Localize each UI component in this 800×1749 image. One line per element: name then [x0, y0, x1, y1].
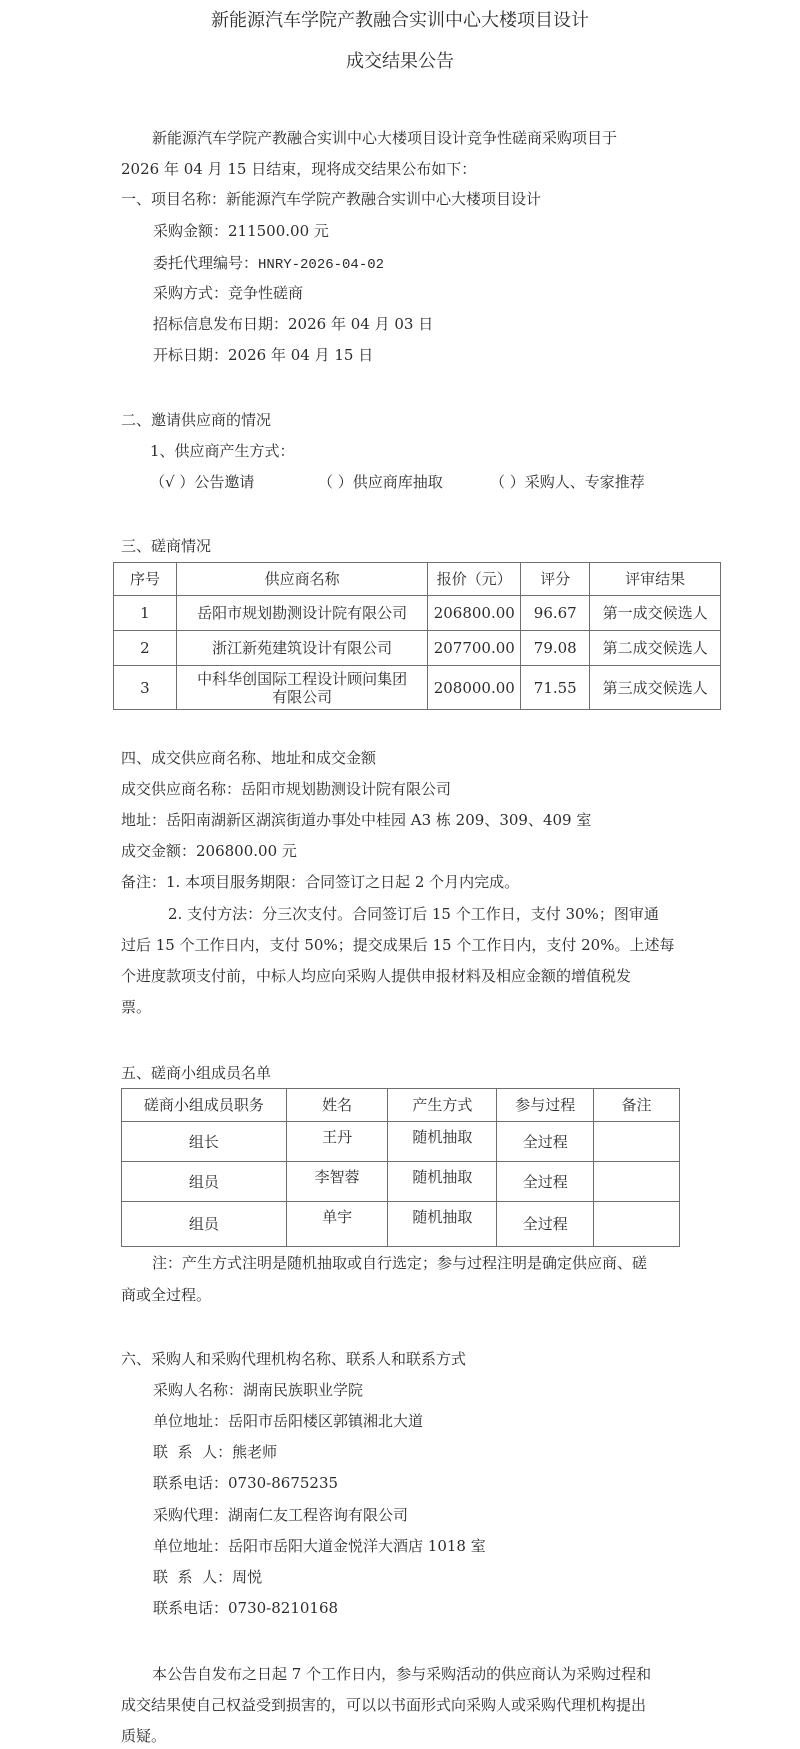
cell-result: 第三成交候选人 [590, 666, 721, 710]
table-row: 组员 李智蓉 随机抽取 全过程 [122, 1162, 680, 1202]
panel-members-table: 磋商小组成员职务 姓名 产生方式 参与过程 备注 组长 王丹 随机抽取 全过程 … [121, 1088, 680, 1247]
col-header: 产生方式 [388, 1089, 497, 1122]
cell-price: 206800.00 [428, 596, 521, 631]
procurement-method: 采购方式：竞争性磋商 [153, 283, 303, 303]
supplier-option-library: （ ）供应商库抽取 [318, 472, 443, 492]
cell-role: 组长 [122, 1122, 287, 1162]
checkbox-checked-icon: （√ ） [150, 473, 194, 491]
col-header: 评审结果 [590, 563, 721, 596]
agency-code-label: 委托代理编号： [153, 254, 258, 272]
open-date: 开标日期：2026 年 04 月 15 日 [153, 345, 373, 365]
cell-remark [594, 1122, 680, 1162]
remark-note2-line1: 2. 支付方法：分三次支付。合同签订后 15 个工作日，支付 30%；图审通 [168, 904, 659, 924]
intro-line2: 2026 年 04 月 15 日结束，现将成交结果公布如下： [121, 159, 476, 179]
winner-name: 成交供应商名称：岳阳市规划勘测设计院有限公司 [121, 779, 451, 799]
cell-method: 随机抽取 [388, 1122, 497, 1162]
cell-name: 李智蓉 [286, 1162, 388, 1202]
closing-line3: 质疑。 [121, 1726, 166, 1746]
section5-heading: 五、磋商小组成员名单 [121, 1063, 271, 1083]
cell-supplier: 中科华创国际工程设计顾问集团 有限公司 [176, 666, 427, 710]
section3-heading: 三、磋商情况 [121, 536, 211, 556]
purchaser-name: 采购人名称：湖南民族职业学院 [153, 1380, 363, 1400]
budget-amount: 采购金额：211500.00 元 [153, 221, 329, 241]
cell-supplier: 浙江新苑建筑设计有限公司 [176, 631, 427, 666]
agent-phone: 联系电话：0730-8210168 [153, 1598, 338, 1618]
section1-heading: 一、项目名称：新能源汽车学院产教融合实训中心大楼项目设计 [121, 189, 541, 209]
agency-code-value: HNRY-2026-04-02 [258, 257, 384, 273]
agency-code: 委托代理编号：HNRY-2026-04-02 [153, 253, 384, 275]
table-header-row: 磋商小组成员职务 姓名 产生方式 参与过程 备注 [122, 1089, 680, 1122]
cell-supplier: 岳阳市规划勘测设计院有限公司 [176, 596, 427, 631]
checkbox-empty-icon: （ ） [490, 473, 525, 491]
table-row: 组员 单宇 随机抽取 全过程 [122, 1202, 680, 1247]
agent-address: 单位地址：岳阳市岳阳大道金悦洋大酒店 1018 室 [153, 1536, 486, 1556]
cell-method: 随机抽取 [388, 1162, 497, 1202]
section4-heading: 四、成交供应商名称、地址和成交金额 [121, 748, 376, 768]
cell-name: 王丹 [286, 1122, 388, 1162]
remark-note1: 备注：1. 本项目服务期限：合同签订之日起 2 个月内完成。 [121, 872, 519, 892]
panel-footnote-line2: 商或全过程。 [121, 1285, 211, 1305]
cell-score: 79.08 [521, 631, 590, 666]
intro-line1: 新能源汽车学院产教融合实训中心大楼项目设计竞争性磋商采购项目于 [152, 128, 617, 148]
cell-remark [594, 1162, 680, 1202]
col-header: 评分 [521, 563, 590, 596]
supplier-option-recommend: （ ）采购人、专家推荐 [490, 472, 645, 492]
cell-result: 第二成交候选人 [590, 631, 721, 666]
col-header: 序号 [114, 563, 177, 596]
purchaser-phone: 联系电话：0730-8675235 [153, 1473, 338, 1493]
cell-no: 1 [114, 596, 177, 631]
document-title-line1: 新能源汽车学院产教融合实训中心大楼项目设计 [0, 6, 800, 32]
option-label: 供应商库抽取 [353, 473, 443, 491]
agent-contact: 联 系 人：周悦 [153, 1567, 262, 1587]
col-header: 参与过程 [497, 1089, 594, 1122]
table-row: 3 中科华创国际工程设计顾问集团 有限公司 208000.00 71.55 第三… [114, 666, 721, 710]
winner-address: 地址：岳阳南湖新区湖滨街道办事处中桂园 A3 栋 209、309、409 室 [121, 810, 591, 830]
cell-price: 207700.00 [428, 631, 521, 666]
remark-note2-line3: 个进度款项支付前，中标人均应向采购人提供申报材料及相应金额的增值税发 [121, 966, 631, 986]
remark-note2-line4: 票。 [121, 997, 151, 1017]
purchaser-address: 单位地址：岳阳市岳阳楼区郭镇湘北大道 [153, 1411, 423, 1431]
col-header: 供应商名称 [176, 563, 427, 596]
panel-footnote-line1: 注：产生方式注明是随机抽取或自行选定；参与过程注明是确定供应商、磋 [152, 1253, 647, 1273]
cell-score: 71.55 [521, 666, 590, 710]
cell-price: 208000.00 [428, 666, 521, 710]
section6-heading: 六、采购人和采购代理机构名称、联系人和联系方式 [121, 1349, 466, 1369]
cell-method: 随机抽取 [388, 1202, 497, 1247]
negotiation-table: 序号 供应商名称 报价（元） 评分 评审结果 1 岳阳市规划勘测设计院有限公司 … [113, 562, 721, 710]
purchaser-contact: 联 系 人：熊老师 [153, 1442, 277, 1462]
col-header: 备注 [594, 1089, 680, 1122]
table-row: 2 浙江新苑建筑设计有限公司 207700.00 79.08 第二成交候选人 [114, 631, 721, 666]
supplier-name-line1: 中科华创国际工程设计顾问集团 [181, 670, 423, 688]
document-title-line2: 成交结果公告 [0, 47, 800, 73]
table-row: 1 岳阳市规划勘测设计院有限公司 206800.00 96.67 第一成交候选人 [114, 596, 721, 631]
col-header: 磋商小组成员职务 [122, 1089, 287, 1122]
supplier-source-label: 1、供应商产生方式： [150, 441, 295, 461]
publish-date: 招标信息发布日期：2026 年 04 月 03 日 [153, 314, 433, 334]
cell-process: 全过程 [497, 1122, 594, 1162]
closing-line2: 成交结果使自己权益受到损害的，可以以书面形式向采购人或采购代理机构提出 [121, 1695, 646, 1715]
cell-no: 2 [114, 631, 177, 666]
cell-no: 3 [114, 666, 177, 710]
remark-note2-line2: 过后 15 个工作日内，支付 50%；提交成果后 15 个工作日内，支付 20%… [121, 935, 674, 955]
option-label: 采购人、专家推荐 [525, 473, 645, 491]
cell-role: 组员 [122, 1162, 287, 1202]
cell-name: 单宇 [286, 1202, 388, 1247]
winning-amount: 成交金额：206800.00 元 [121, 841, 297, 861]
checkbox-empty-icon: （ ） [318, 473, 353, 491]
table-header-row: 序号 供应商名称 报价（元） 评分 评审结果 [114, 563, 721, 596]
closing-line1: 本公告自发布之日起 7 个工作日内，参与采购活动的供应商认为采购过程和 [152, 1664, 651, 1684]
cell-process: 全过程 [497, 1162, 594, 1202]
agent-name: 采购代理：湖南仁友工程咨询有限公司 [153, 1505, 408, 1525]
cell-role: 组员 [122, 1202, 287, 1247]
col-header: 姓名 [286, 1089, 388, 1122]
section2-heading: 二、邀请供应商的情况 [121, 410, 271, 430]
cell-score: 96.67 [521, 596, 590, 631]
option-label: 公告邀请 [194, 473, 254, 491]
cell-process: 全过程 [497, 1202, 594, 1247]
cell-result: 第一成交候选人 [590, 596, 721, 631]
col-header: 报价（元） [428, 563, 521, 596]
cell-remark [594, 1202, 680, 1247]
supplier-name-line2: 有限公司 [181, 688, 423, 706]
table-row: 组长 王丹 随机抽取 全过程 [122, 1122, 680, 1162]
supplier-option-public: （√ ）公告邀请 [150, 472, 254, 492]
